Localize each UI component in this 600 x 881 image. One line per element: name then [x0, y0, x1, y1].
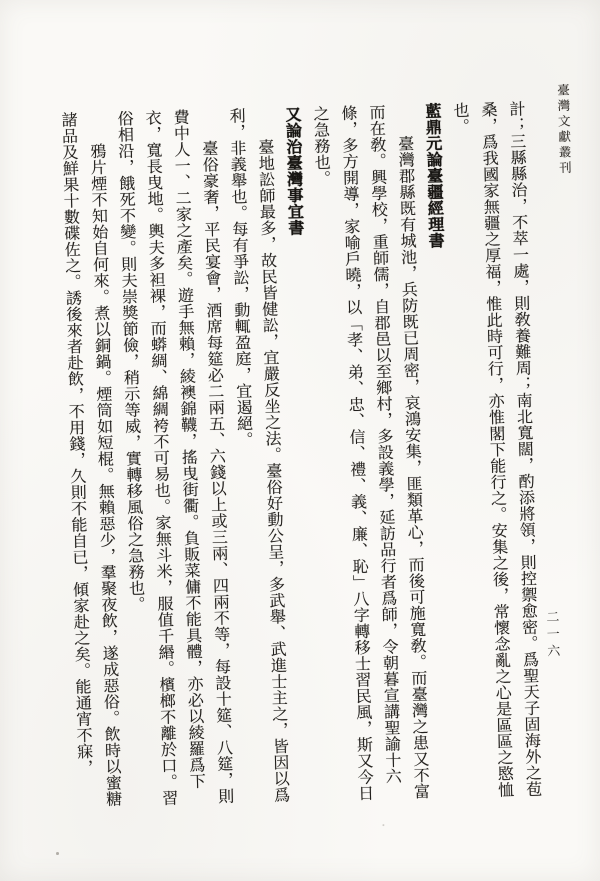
collection-header: 臺灣文獻叢刊 [553, 83, 573, 176]
scanned-book-page: 臺灣文獻叢刊 二一六 計；三縣縣治，不萃一處，則敎養難周；南北寬闊，酌添將領，則… [0, 0, 600, 881]
scan-speckle [56, 852, 59, 855]
paragraph-continuation: 計；三縣縣治，不萃一處，則敎養難周；南北寬闊，酌添將領，則控禦愈密。爲聖天子固海… [446, 100, 547, 802]
text-block: 計；三縣縣治，不萃一處，則敎養難周；南北寬闊，酌添將領，則控禦愈密。爲聖天子固海… [54, 100, 547, 811]
paragraph-extravagant-customs: 臺俗豪奢，平民宴會，酒席每筵必二兩五、六錢以上或三兩、四兩不等，每設十筵、八筵，… [110, 108, 239, 811]
paragraph-taiwan-counties: 臺灣郡縣既有城池，兵防既已周密，哀鴻安集，匪類革心，而後可施寬敎。而臺灣之患又不… [306, 103, 435, 806]
scan-speckle [382, 824, 384, 826]
page-number: 二一六 [541, 610, 561, 661]
page-sheet: 臺灣文獻叢刊 二一六 計；三縣縣治，不萃一處，則敎養難周；南北寬闊，酌添將領，則… [0, 0, 600, 881]
